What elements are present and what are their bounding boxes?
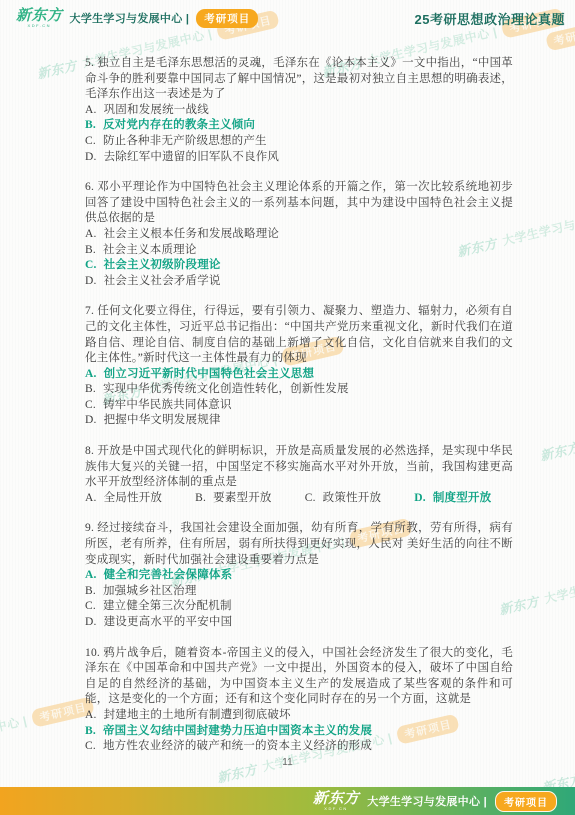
option-label: C. bbox=[85, 135, 96, 147]
question-block: 6. 邓小平理论作为中国特色社会主义理论体系的开篇之作，第一次比较系统地初步回答… bbox=[85, 180, 513, 289]
option-text: 地方性农业经济的破产和统一的资本主义经济的形成 bbox=[103, 740, 372, 752]
option-label: B. bbox=[85, 725, 96, 737]
xdf-logo-text: 新东方 bbox=[16, 8, 63, 23]
question-block: 5. 独立自主是毛泽东思想活的灵魂，毛泽东在《论本本主义》一文中指出，“中国革命… bbox=[85, 56, 513, 165]
option-text: 实现中华优秀传统文化创造性转化，创新性发展 bbox=[103, 383, 349, 395]
question-stem: 7. 任何文化要立得住，行得远，要有引领力、凝聚力、塑造力、辐射力，必须有自己的… bbox=[85, 304, 513, 366]
answer-option: B.实现中华优秀传统文化创造性转化，创新性发展 bbox=[85, 382, 513, 398]
question-options: A.创立习近平新时代中国特色社会主义思想 B.实现中华优秀传统文化创造性转化，创… bbox=[85, 367, 513, 429]
question-stem: 8. 开放是中国式现代化的鲜明标识，开放是高质量发展的必然选择，是实现中华民族伟… bbox=[85, 444, 513, 491]
option-text: 加强城乡社区治理 bbox=[103, 585, 197, 597]
option-text: 社会主义本质理论 bbox=[103, 244, 197, 256]
header-org-label: 大学生学习与发展中心 | bbox=[70, 10, 190, 26]
option-label: B. bbox=[85, 383, 96, 395]
watermark-text: 大学生学习与发展中心 | bbox=[0, 712, 29, 758]
document-page: 新东方 大学生学习与发展中心 | 考研项目 新东方 大学生学习与发展中心 | 考… bbox=[0, 0, 575, 815]
option-label: D. bbox=[85, 414, 97, 426]
option-text: 铸牢中华民族共同体意识 bbox=[103, 399, 232, 411]
footer-xdf-logo: 新东方 XDF.CN bbox=[313, 791, 360, 811]
answer-option: A.创立习近平新时代中国特色社会主义思想 bbox=[85, 367, 513, 383]
answer-option: C.政策性开放 bbox=[305, 491, 381, 507]
page-number: 11 bbox=[0, 757, 575, 768]
header-program-badge: 考研项目 bbox=[196, 9, 258, 28]
question-block: 10. 鸦片战争后，随着资本-帝国主义的侵入，中国社会经济发生了很大的变化，毛泽… bbox=[85, 646, 513, 755]
option-label: D. bbox=[414, 492, 426, 504]
option-text: 创立习近平新时代中国特色社会主义思想 bbox=[104, 368, 315, 380]
question-options: A.全局性开放 B.要素型开放 C.政策性开放 D.制度型开放 bbox=[85, 491, 513, 507]
option-label: D. bbox=[85, 275, 97, 287]
answer-option: C.铸牢中华民族共同体意识 bbox=[85, 398, 513, 414]
footer-xdf-logo-text: 新东方 bbox=[313, 791, 360, 806]
option-text: 建立健全第三次分配机制 bbox=[103, 600, 232, 612]
option-label: C. bbox=[305, 492, 316, 504]
option-label: C. bbox=[85, 259, 97, 271]
option-text: 把握中华文明发展规律 bbox=[104, 414, 221, 426]
option-text: 防止各种非无产阶级思想的产生 bbox=[103, 135, 267, 147]
option-label: A. bbox=[85, 228, 97, 240]
answer-option: C.建立健全第三次分配机制 bbox=[85, 599, 513, 615]
question-options: A.社会主义根本任务和发展战略理论 B.社会主义本质理论 C.社会主义初级阶段理… bbox=[85, 227, 513, 289]
question-stem: 6. 邓小平理论作为中国特色社会主义理论体系的开篇之作，第一次比较系统地初步回答… bbox=[85, 180, 513, 227]
watermark-logo: 新东方 bbox=[35, 55, 79, 83]
option-label: D. bbox=[85, 616, 97, 628]
option-label: A. bbox=[85, 368, 97, 380]
option-text: 反对党内存在的教条主义倾向 bbox=[103, 119, 255, 131]
answer-option: B.反对党内存在的教条主义倾向 bbox=[85, 118, 513, 134]
watermark-text: 大学生学习与发展中心 | bbox=[543, 561, 575, 607]
answer-option: B.帝国主义勾结中国封建势力压迫中国资本主义的发展 bbox=[85, 724, 513, 740]
option-text: 健全和完善社会保障体系 bbox=[104, 569, 233, 581]
option-text: 社会主义根本任务和发展战略理论 bbox=[104, 228, 280, 240]
answer-option: A.社会主义根本任务和发展战略理论 bbox=[85, 227, 513, 243]
answer-option: B.加强城乡社区治理 bbox=[85, 584, 513, 600]
footer-program-badge: 考研项目 bbox=[495, 791, 557, 812]
answer-option: D.建设更高水平的平安中国 bbox=[85, 615, 513, 631]
answer-option: A.健全和完善社会保障体系 bbox=[85, 568, 513, 584]
option-text: 要素型开放 bbox=[213, 492, 272, 504]
document-title: 25考研思想政治理论真题 bbox=[415, 9, 565, 28]
option-label: B. bbox=[85, 244, 96, 256]
option-text: 巩固和发展统一战线 bbox=[104, 104, 209, 116]
answer-option: C.社会主义初级阶段理论 bbox=[85, 258, 513, 274]
question-block: 9. 经过接续奋斗，我国社会建设全面加强，幼有所育，学有所教，劳有所得，病有所医… bbox=[85, 521, 513, 630]
option-label: D. bbox=[85, 151, 97, 163]
option-label: A. bbox=[85, 104, 97, 116]
header-brand: 新东方 XDF.CN 大学生学习与发展中心 | 考研项目 bbox=[16, 8, 258, 28]
option-text: 社会主义社会矛盾学说 bbox=[104, 275, 221, 287]
option-text: 去除红军中遗留的旧军队不良作风 bbox=[104, 151, 280, 163]
question-block: 8. 开放是中国式现代化的鲜明标识，开放是高质量发展的必然选择，是实现中华民族伟… bbox=[85, 444, 513, 506]
answer-option: A.全局性开放 bbox=[85, 491, 162, 507]
question-options: A.巩固和发展统一战线 B.反对党内存在的教条主义倾向 C.防止各种非无产阶级思… bbox=[85, 103, 513, 165]
footer-org-label: 大学生学习与发展中心 | bbox=[367, 793, 487, 809]
question-options: A.封建地主的土地所有制遭到彻底破坏 B.帝国主义勾结中国封建势力压迫中国资本主… bbox=[85, 708, 513, 755]
watermark-stamp: 新东方 大学生学习与发展中心 | bbox=[538, 406, 575, 465]
answer-option: C.防止各种非无产阶级思想的产生 bbox=[85, 134, 513, 150]
option-label: A. bbox=[85, 709, 97, 721]
answer-option: A.封建地主的土地所有制遭到彻底破坏 bbox=[85, 708, 513, 724]
question-block: 7. 任何文化要立得住，行得远，要有引领力、凝聚力、塑造力、辐射力，必须有自己的… bbox=[85, 304, 513, 429]
answer-option: B.社会主义本质理论 bbox=[85, 243, 513, 259]
option-label: B. bbox=[195, 492, 206, 504]
option-text: 全局性开放 bbox=[104, 492, 163, 504]
page-header: 新东方 XDF.CN 大学生学习与发展中心 | 考研项目 25考研思想政治理论真… bbox=[16, 8, 565, 28]
option-text: 政策性开放 bbox=[323, 492, 382, 504]
option-label: B. bbox=[85, 585, 96, 597]
option-label: B. bbox=[85, 119, 96, 131]
option-text: 封建地主的土地所有制遭到彻底破坏 bbox=[104, 709, 291, 721]
answer-option: C.地方性农业经济的破产和统一的资本主义经济的形成 bbox=[85, 739, 513, 755]
answer-option: A.巩固和发展统一战线 bbox=[85, 103, 513, 119]
page-footer: 新东方 XDF.CN 大学生学习与发展中心 | 考研项目 bbox=[0, 787, 575, 815]
option-text: 帝国主义勾结中国封建势力压迫中国资本主义的发展 bbox=[103, 725, 372, 737]
question-stem: 10. 鸦片战争后，随着资本-帝国主义的侵入，中国社会经济发生了很大的变化，毛泽… bbox=[85, 646, 513, 708]
option-text: 制度型开放 bbox=[433, 492, 492, 504]
xdf-logo: 新东方 XDF.CN bbox=[16, 8, 63, 28]
question-stem: 5. 独立自主是毛泽东思想活的灵魂，毛泽东在《论本本主义》一文中指出，“中国革命… bbox=[85, 56, 513, 103]
questions: 5. 独立自主是毛泽东思想活的灵魂，毛泽东在《论本本主义》一文中指出，“中国革命… bbox=[85, 56, 513, 770]
answer-option: D.去除红军中遗留的旧军队不良作风 bbox=[85, 150, 513, 166]
option-label: C. bbox=[85, 740, 96, 752]
xdf-logo-subtext: XDF.CN bbox=[28, 24, 51, 28]
option-text: 建设更高水平的平安中国 bbox=[104, 616, 233, 628]
question-stem: 9. 经过接续奋斗，我国社会建设全面加强，幼有所育，学有所教，劳有所得，病有所医… bbox=[85, 521, 513, 568]
footer-xdf-logo-subtext: XDF.CN bbox=[324, 807, 347, 811]
answer-option: B.要素型开放 bbox=[195, 491, 271, 507]
answer-option: D.社会主义社会矛盾学说 bbox=[85, 274, 513, 290]
watermark-logo: 新东方 bbox=[538, 437, 575, 465]
option-label: C. bbox=[85, 600, 96, 612]
option-label: A. bbox=[85, 492, 97, 504]
answer-option: D.制度型开放 bbox=[414, 491, 491, 507]
option-text: 社会主义初级阶段理论 bbox=[104, 259, 221, 271]
option-label: A. bbox=[85, 569, 97, 581]
question-options: A.健全和完善社会保障体系 B.加强城乡社区治理 C.建立健全第三次分配机制 D… bbox=[85, 568, 513, 630]
option-label: C. bbox=[85, 399, 96, 411]
answer-option: D.把握中华文明发展规律 bbox=[85, 413, 513, 429]
